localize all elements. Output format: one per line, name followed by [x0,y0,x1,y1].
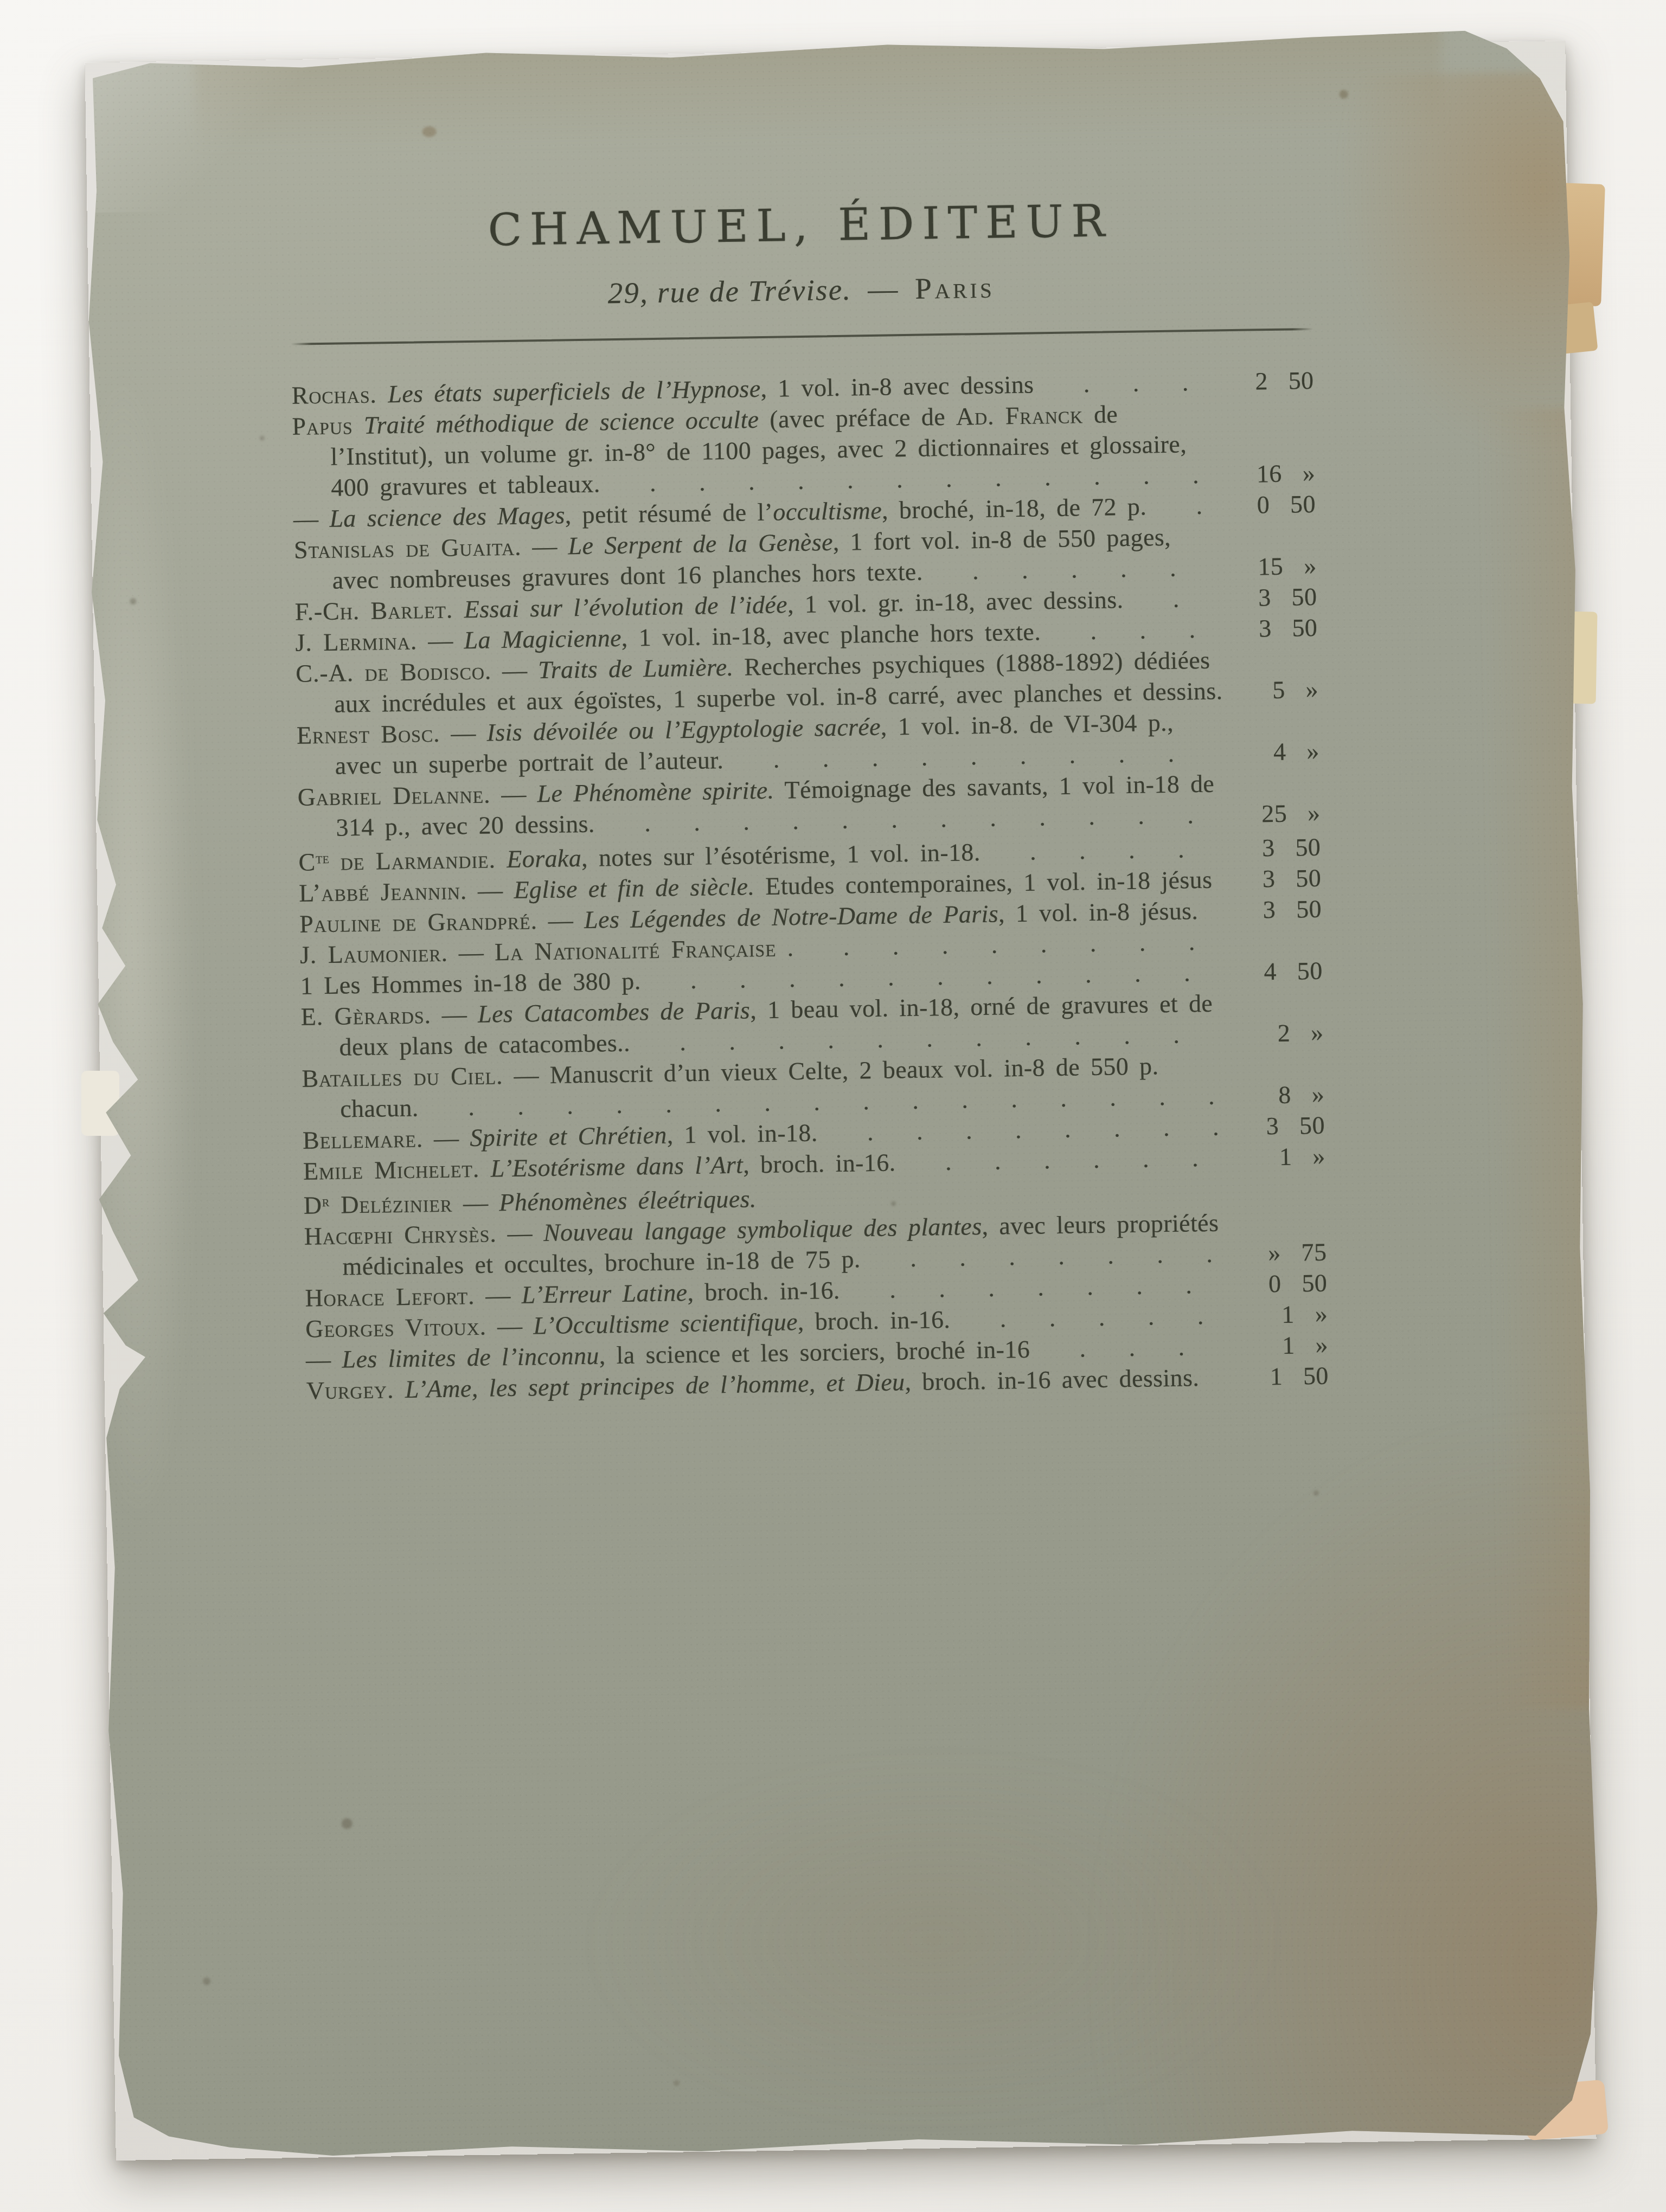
entry-text: Dr Delézinier — Phénomènes éleétriques. [304,1185,757,1219]
address-separator: — [860,272,907,306]
speck [203,1977,210,1985]
dot-leader: . . . . . . . . . [723,740,1176,774]
dot-leader [1199,1364,1207,1391]
entry-price: 25 » [1228,798,1321,830]
dot-leader: . [1146,492,1204,520]
dot-leader: . . . [1034,368,1190,398]
dot-leader [1198,897,1206,924]
entry-price: 3 50 [1225,612,1318,645]
dot-leader: . . . . [980,835,1186,866]
speck [130,598,136,605]
masthead: CHAMUEL, ÉDITEUR 29, rue de Trévise. — P… [286,32,1313,345]
dot-leader: . [1123,585,1181,614]
dot-leader: . . . [1030,1333,1186,1362]
entry-price: 15 » [1224,550,1317,583]
publisher-address: 29, rue de Trévise. — Paris [290,266,1313,315]
catalog-entry: Papus Traité méthodique de science occul… [292,396,1315,504]
entry-price: 4 » [1227,736,1319,768]
entry-price: 2 » [1231,1017,1324,1050]
entry-price: 3 50 [1232,1110,1325,1142]
address-city: Paris [915,271,995,305]
speck [342,1818,353,1829]
entry-price: » 75 [1234,1236,1327,1269]
entry-text: C.-A. de Bodisco. — Traits de Lumière. R… [296,646,1231,718]
entry-text: Ernest Bosc. — Isis dévoilée ou l’Egypto… [297,709,1176,780]
dot-leader: . . . . . . [895,1144,1200,1176]
stain [1457,407,1628,1711]
dot-leader: . . . . . [950,1302,1205,1333]
water-stain [578,1745,1289,2134]
divider-rule [291,328,1313,345]
entry-price: 0 50 [1235,1267,1328,1300]
entry-text: Batailles du Ciel. — Manuscrit d’un vieu… [302,1052,1216,1122]
entry-text: Gabriel Delanne. — Le Phénomène spirite.… [297,770,1214,841]
stain [1332,71,1599,465]
entry-price: 16 » [1223,458,1316,490]
speck [1340,90,1348,99]
entry-price: 3 50 [1225,581,1317,614]
speck [674,2080,680,2086]
photo-backdrop: CHAMUEL, ÉDITEUR 29, rue de Trévise. — P… [0,0,1666,2212]
book-back-cover: CHAMUEL, ÉDITEUR 29, rue de Trévise. — P… [74,28,1602,2164]
entry-price: 3 50 [1228,832,1321,864]
entry-text: Hacœphi Chrysès. — Nouveau langage symbo… [304,1208,1219,1280]
entry-price: 8 » [1232,1079,1325,1111]
water-stain [1037,1360,1646,2182]
dot-leader: . . . . . . . . [817,1113,1220,1146]
entry-price: 0 50 [1223,488,1316,521]
entry-text: Papus Traité méthodique de science occul… [292,400,1200,501]
entry-price: 5 » [1226,674,1319,706]
torn-paper-chip [81,1071,119,1136]
entry-price: 2 50 [1221,365,1314,397]
dot-leader: . . . . . . . . [793,928,1196,961]
printed-page: CHAMUEL, ÉDITEUR 29, rue de Trévise. — P… [286,32,1329,1406]
speck [260,436,265,441]
dot-leader: . . . . . . . [840,1271,1193,1304]
entry-price: 1 » [1235,1298,1328,1330]
entry-text: E. Gèrards. — Les Catacombes de Paris, 1… [300,989,1213,1061]
entry-price: 4 50 [1230,955,1323,988]
address-street: 29, rue de Trévise. [607,273,852,310]
dot-leader [1212,865,1220,893]
entry-price: 1 » [1233,1141,1325,1173]
entry-text: Stanislas de Guaita. — Le Serpent de la … [294,523,1177,594]
dot-leader: . . . [1041,615,1197,645]
dot-leader: . . . . . . . [860,1239,1214,1272]
dot-leader: . . . . . [922,554,1177,586]
entry-price: 3 50 [1229,863,1322,895]
entry-price: 3 50 [1229,893,1322,926]
entry-price: 1 » [1236,1329,1329,1361]
speck [1313,1490,1319,1496]
publisher-name: CHAMUEL, ÉDITEUR [289,192,1312,259]
entry-price: 1 50 [1236,1360,1329,1392]
catalog-list: Rochas. Les états superficiels de l’Hypn… [291,365,1329,1406]
